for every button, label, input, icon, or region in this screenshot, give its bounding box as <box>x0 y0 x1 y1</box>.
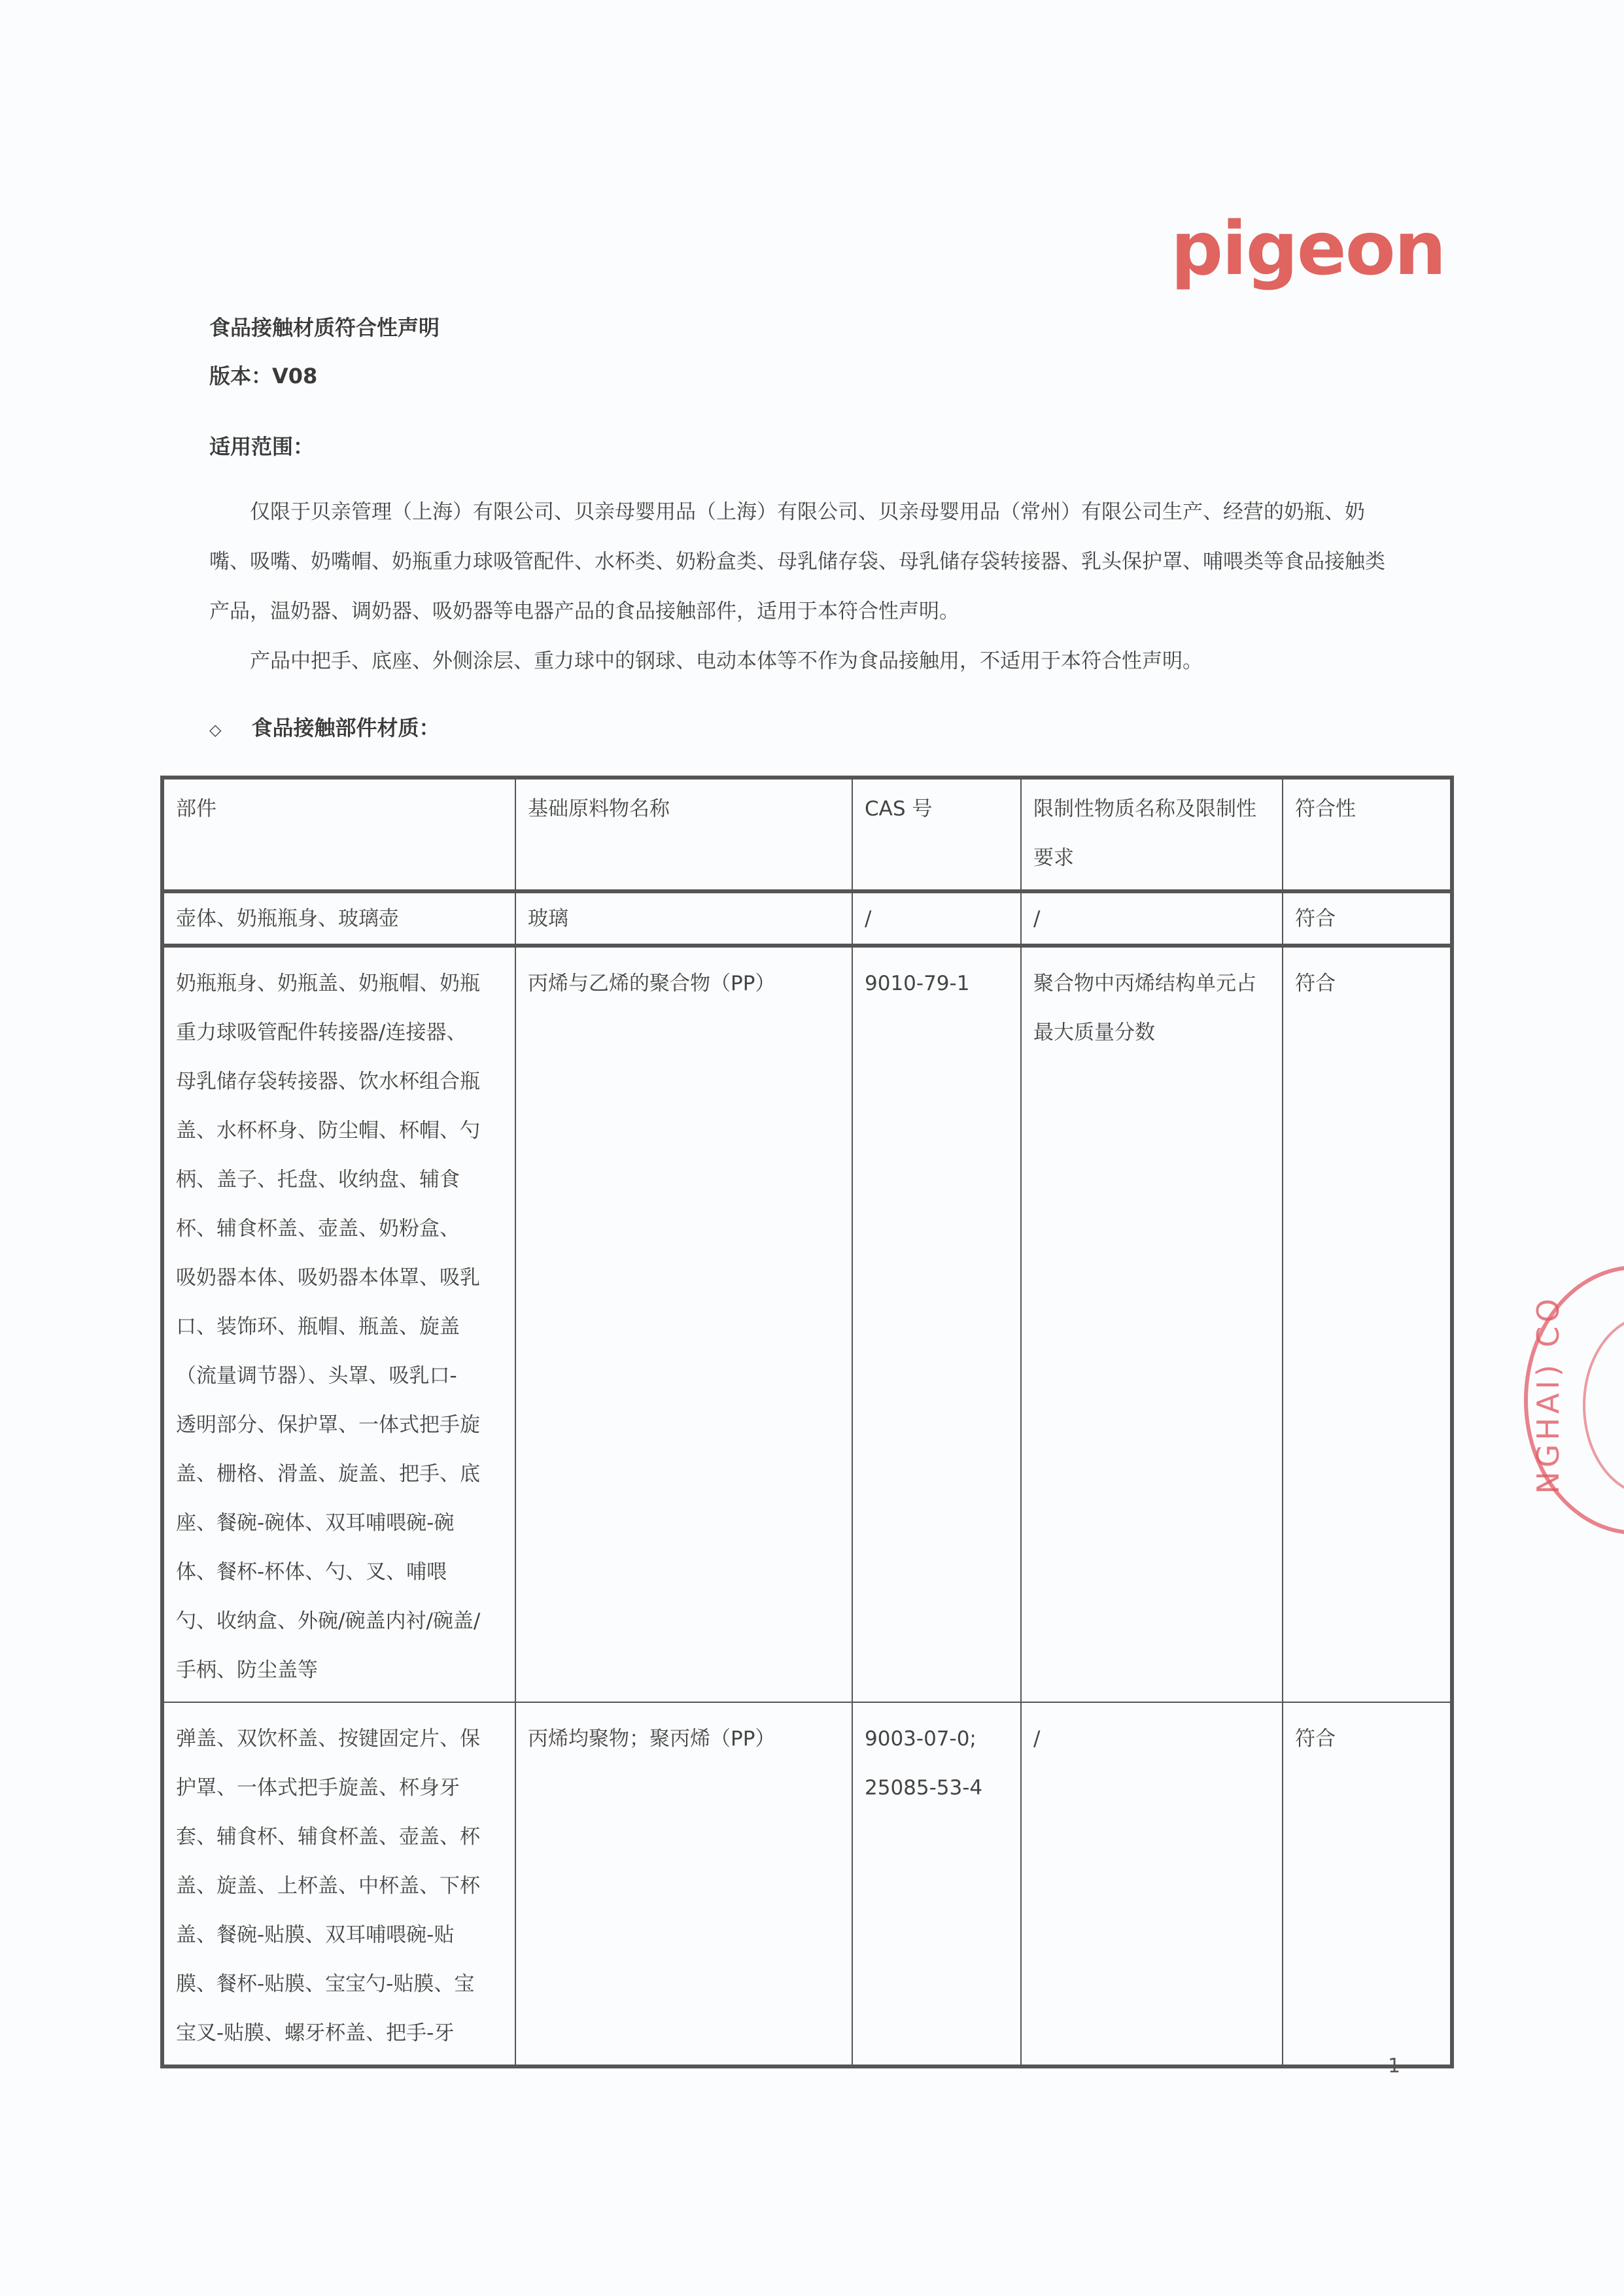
cell-part: 奶瓶瓶身、奶瓶盖、奶瓶帽、奶瓶重力球吸管配件转接器/连接器、母乳储存袋转接器、饮… <box>162 946 515 1702</box>
cell-cas-line: 25085-53-4 <box>865 1764 1009 1813</box>
cell-cas: 9003-07-0;25085-53-4 <box>852 1702 1021 2066</box>
header-part: 部件 <box>162 778 515 891</box>
cell-compliance: 符合 <box>1283 1702 1452 2066</box>
cell-restriction-line: / <box>1033 895 1270 944</box>
cell-part-line: 膜、餐杯-贴膜、宝宝勺-贴膜、宝 <box>176 1960 503 2009</box>
section-heading: ◇食品接触部件材质： <box>209 711 440 742</box>
cell-part-line: 柄、盖子、托盘、收纳盘、辅食 <box>176 1156 503 1205</box>
cell-part-line: 盖、旋盖、上杯盖、中杯盖、下杯 <box>176 1862 503 1911</box>
cell-restriction-line: 最大质量分数 <box>1033 1008 1270 1057</box>
cell-part-line: 体、餐杯-杯体、勺、叉、哺喂 <box>176 1548 503 1597</box>
header-material: 基础原料物名称 <box>515 778 852 891</box>
cell-part-line: 口、装饰环、瓶帽、瓶盖、旋盖 <box>176 1303 503 1352</box>
cell-part-line: 奶瓶瓶身、奶瓶盖、奶瓶帽、奶瓶 <box>176 959 503 1008</box>
cell-part-line: 盖、栅格、滑盖、旋盖、把手、底 <box>176 1450 503 1499</box>
cell-restriction-line: 聚合物中丙烯结构单元占 <box>1033 959 1270 1008</box>
company-seal-text: NGHAI) CO <box>1530 1295 1583 1494</box>
table-header-row: 部件 基础原料物名称 CAS 号 限制性物质名称及限制性 要求 符合性 <box>162 778 1452 891</box>
table-row: 壶体、奶瓶瓶身、玻璃壶玻璃//符合 <box>162 891 1452 946</box>
cell-cas: / <box>852 891 1021 946</box>
header-restriction-line: 要求 <box>1033 846 1074 870</box>
cell-compliance: 符合 <box>1283 891 1452 946</box>
cell-part-line: 盖、餐碗-贴膜、双耳哺喂碗-贴 <box>176 1911 503 1960</box>
cell-part-line: 手柄、防尘盖等 <box>176 1646 503 1695</box>
cell-part-line: 套、辅食杯、辅食杯盖、壶盖、杯 <box>176 1813 503 1862</box>
page-number: 1 <box>1388 2055 1400 2078</box>
cell-part-line: 勺、收纳盒、外碗/碗盖内衬/碗盖/ <box>176 1597 503 1646</box>
cell-part-line: 杯、辅食杯盖、壶盖、奶粉盒、 <box>176 1205 503 1254</box>
cell-cas-line: 9003-07-0; <box>865 1715 1009 1764</box>
materials-table: 部件 基础原料物名称 CAS 号 限制性物质名称及限制性 要求 符合性 壶体、奶… <box>160 776 1454 2068</box>
cell-part-line: 弹盖、双饮杯盖、按键固定片、保 <box>176 1715 503 1764</box>
pigeon-logo: pigeon <box>1171 213 1445 286</box>
document-version: 版本：V08 <box>209 360 317 390</box>
cell-part-line: 盖、水杯杯身、防尘帽、杯帽、勺 <box>176 1106 503 1156</box>
cell-part-line: 母乳储存袋转接器、饮水杯组合瓶 <box>176 1057 503 1106</box>
cell-material: 玻璃 <box>515 891 852 946</box>
cell-part-line: 护罩、一体式把手旋盖、杯身牙 <box>176 1764 503 1813</box>
logo-text: pigeon <box>1171 207 1445 292</box>
cell-compliance: 符合 <box>1283 946 1452 1702</box>
header-cas: CAS 号 <box>852 778 1021 891</box>
cell-part-line: 座、餐碗-碗体、双耳哺喂碗-碗 <box>176 1499 503 1548</box>
cell-part-line: 透明部分、保护罩、一体式把手旋 <box>176 1401 503 1450</box>
scope-paragraph-2: 产品中把手、底座、外侧涂层、重力球中的钢球、电动本体等不作为食品接触用，不适用于… <box>209 636 1393 686</box>
cell-restriction-line: / <box>1033 1715 1270 1764</box>
cell-part-line: 壶体、奶瓶瓶身、玻璃壶 <box>176 895 503 944</box>
diamond-bullet-icon: ◇ <box>209 721 221 739</box>
scope-heading: 适用范围： <box>209 430 314 460</box>
scope-paragraph-1: 仅限于贝亲管理（上海）有限公司、贝亲母婴用品（上海）有限公司、贝亲母婴用品（常州… <box>209 487 1393 636</box>
cell-part: 壶体、奶瓶瓶身、玻璃壶 <box>162 891 515 946</box>
header-restriction-line: 限制性物质名称及限制性 <box>1033 797 1256 821</box>
section-heading-text: 食品接触部件材质： <box>251 715 440 740</box>
table-row: 弹盖、双饮杯盖、按键固定片、保护罩、一体式把手旋盖、杯身牙套、辅食杯、辅食杯盖、… <box>162 1702 1452 2066</box>
cell-restriction: / <box>1021 1702 1283 2066</box>
cell-cas-line: 9010-79-1 <box>865 959 1009 1008</box>
cell-part-line: 重力球吸管配件转接器/连接器、 <box>176 1008 503 1057</box>
cell-part-line: （流量调节器）、头罩、吸乳口- <box>176 1352 503 1401</box>
cell-cas: 9010-79-1 <box>852 946 1021 1702</box>
cell-part-line: 吸奶器本体、吸奶器本体罩、吸乳 <box>176 1254 503 1303</box>
cell-restriction: / <box>1021 891 1283 946</box>
cell-material: 丙烯均聚物；聚丙烯（PP） <box>515 1702 852 2066</box>
table-row: 奶瓶瓶身、奶瓶盖、奶瓶帽、奶瓶重力球吸管配件转接器/连接器、母乳储存袋转接器、饮… <box>162 946 1452 1702</box>
cell-material: 丙烯与乙烯的聚合物（PP） <box>515 946 852 1702</box>
header-compliance: 符合性 <box>1283 778 1452 891</box>
cell-cas-line: / <box>865 895 1009 944</box>
cell-restriction: 聚合物中丙烯结构单元占最大质量分数 <box>1021 946 1283 1702</box>
cell-part-line: 宝叉-贴膜、螺牙杯盖、把手-牙 <box>176 2009 503 2058</box>
document-title: 食品接触材质符合性声明 <box>209 311 440 341</box>
header-restriction: 限制性物质名称及限制性 要求 <box>1021 778 1283 891</box>
cell-part: 弹盖、双饮杯盖、按键固定片、保护罩、一体式把手旋盖、杯身牙套、辅食杯、辅食杯盖、… <box>162 1702 515 2066</box>
